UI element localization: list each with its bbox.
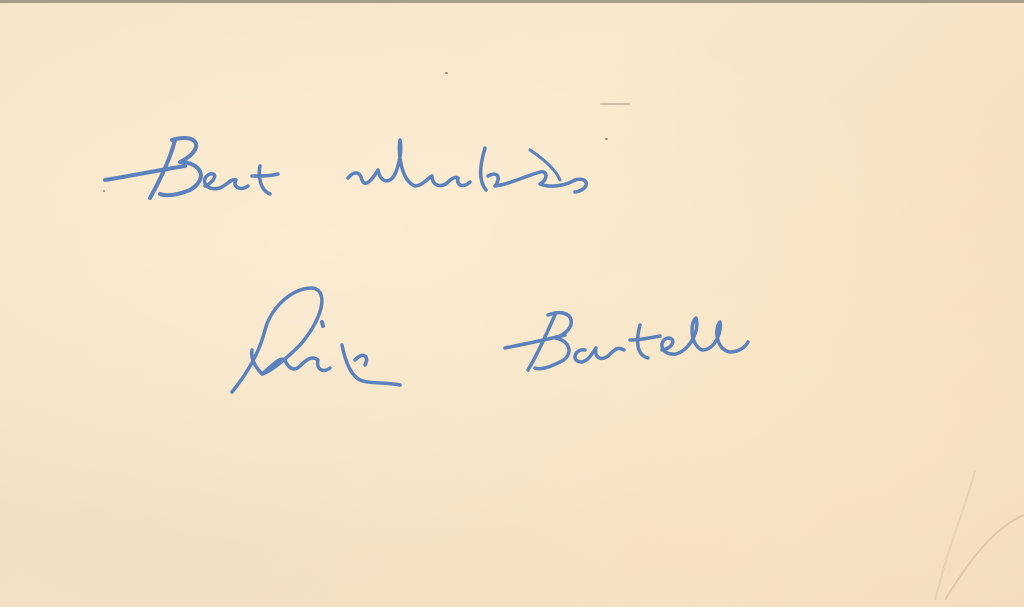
autograph-card: Best Wishes Dick Bartell <box>0 0 1024 607</box>
signature-dick-bartell: Dick Bartell <box>0 0 1024 607</box>
